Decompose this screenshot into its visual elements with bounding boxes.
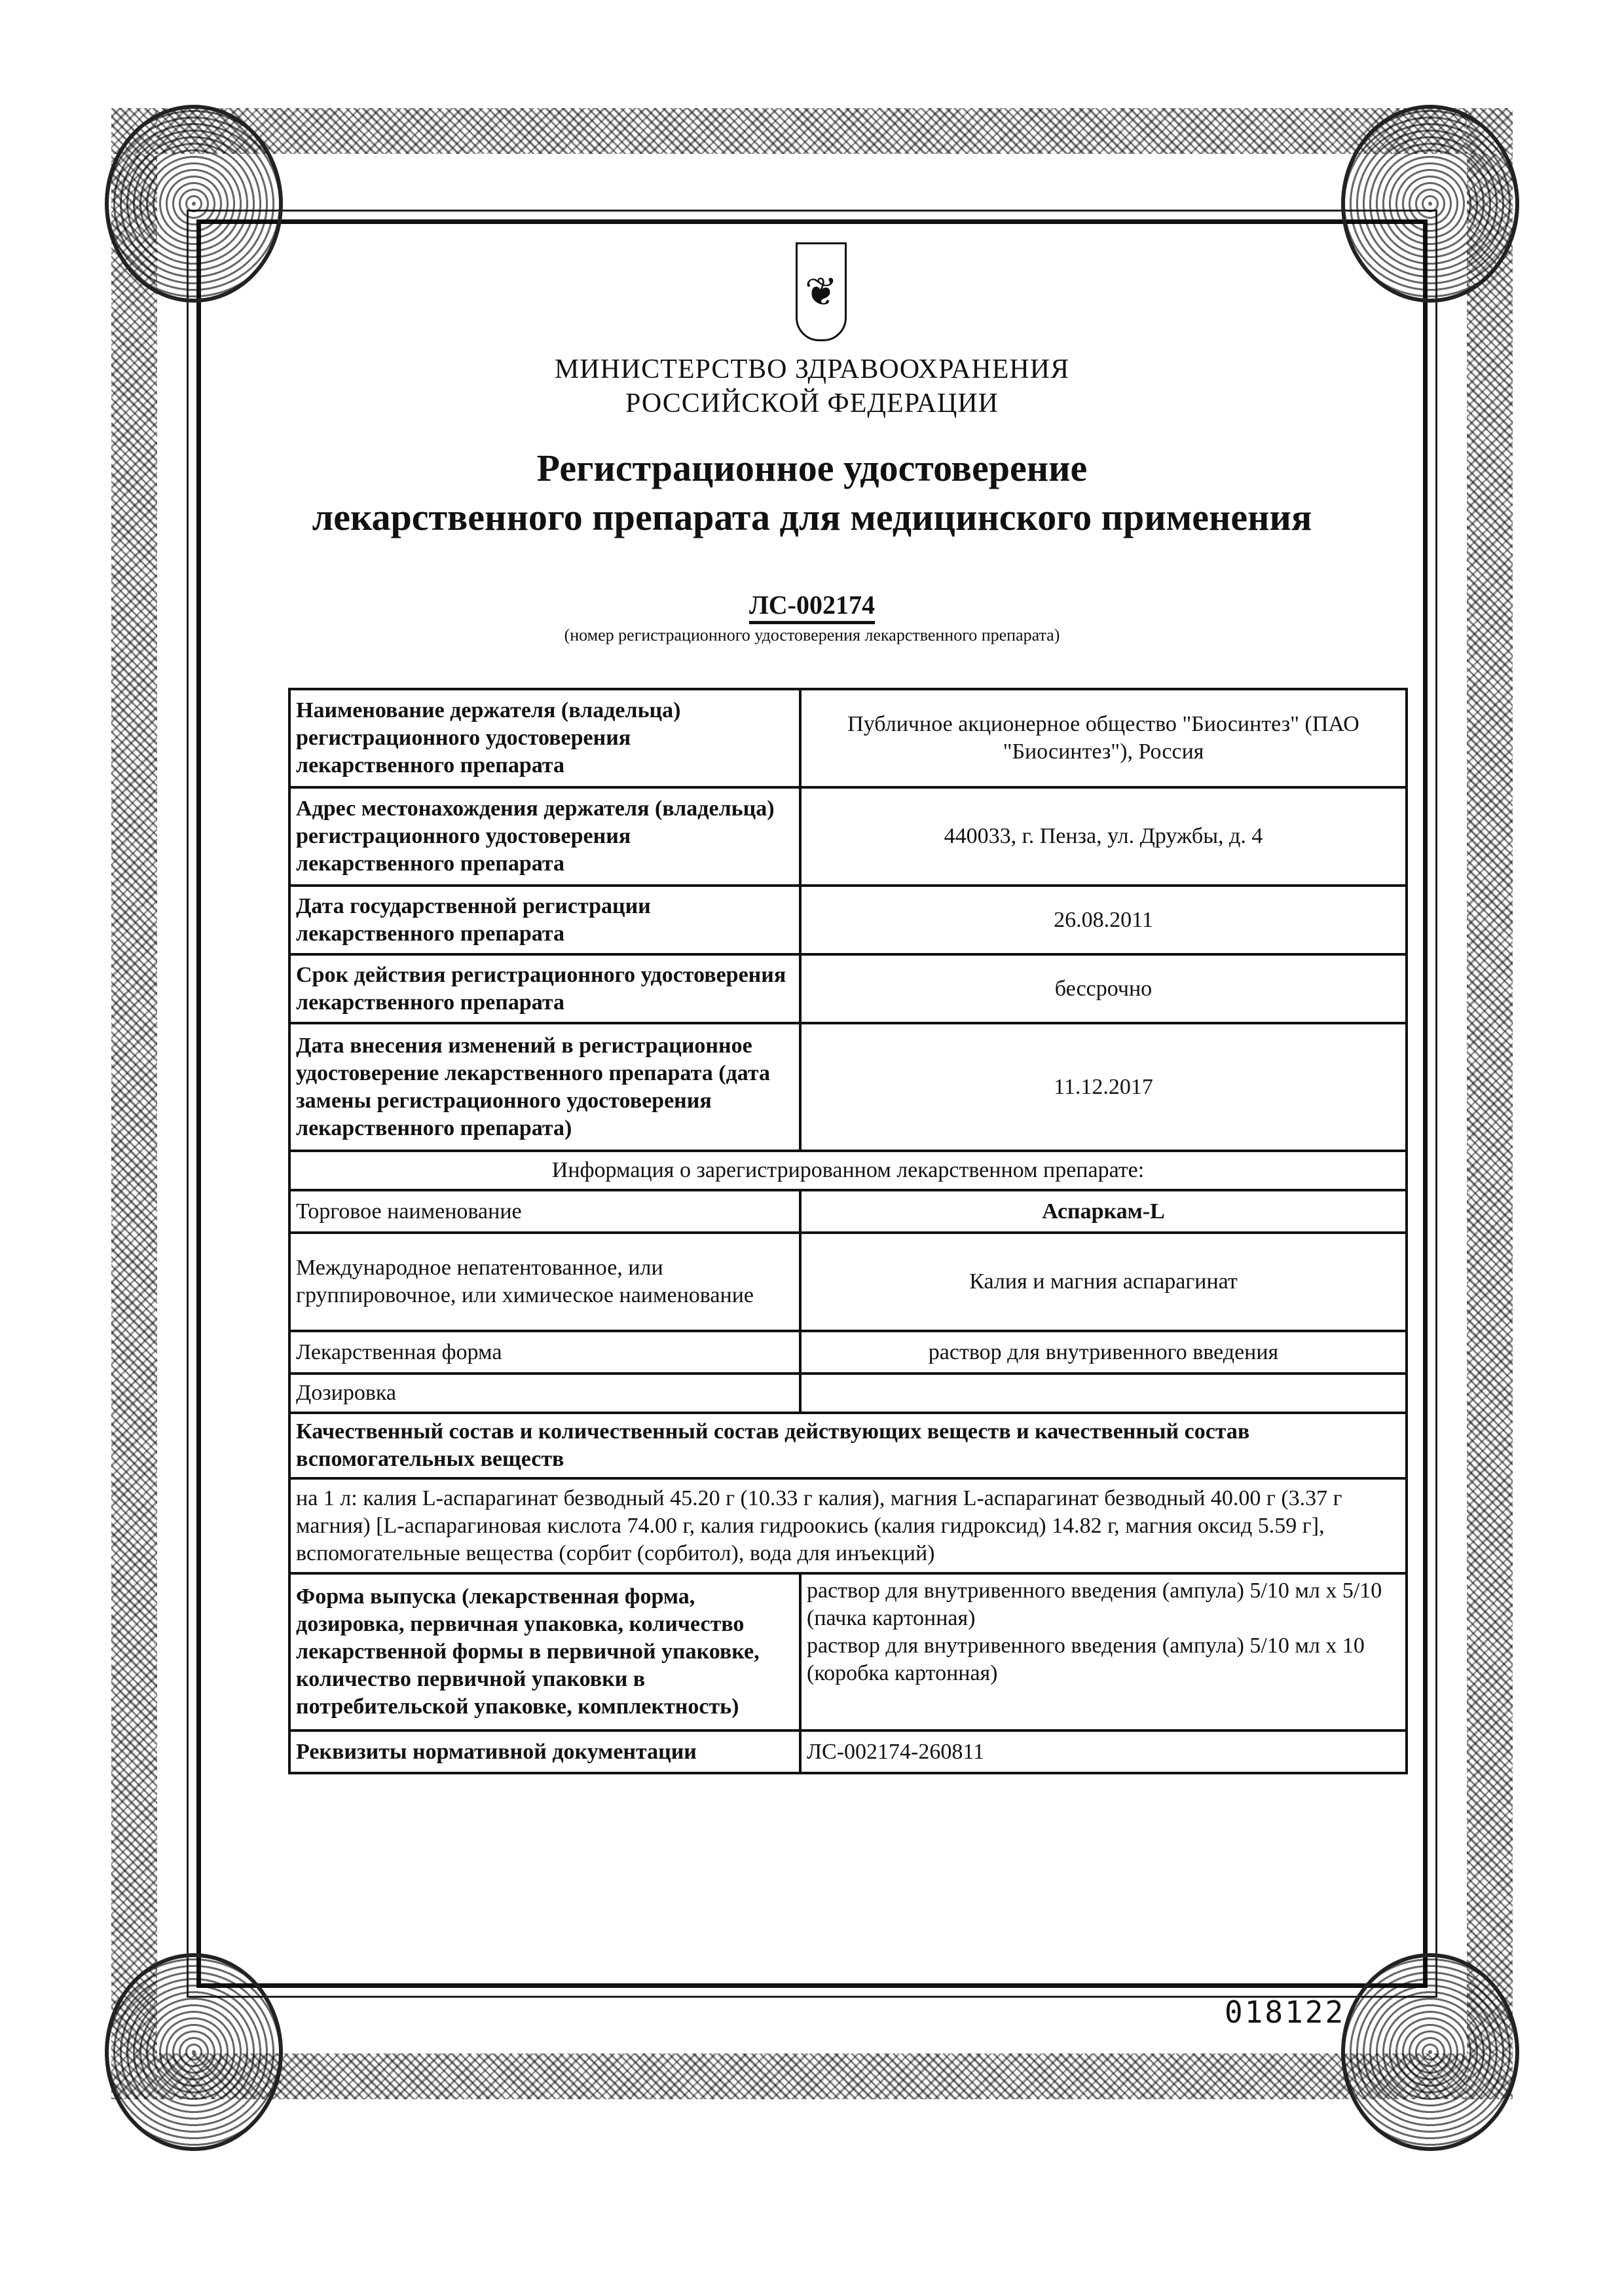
row-label-holder-name: Наименование держателя (владельца) регис… <box>289 689 800 787</box>
row-label-change-date: Дата внесения изменений в регистрационно… <box>289 1023 800 1151</box>
corner-ornament-bottom-left <box>105 1953 283 2151</box>
table-row: на 1 л: калия L-аспарагинат безводный 45… <box>289 1478 1407 1573</box>
table-row: Международное непатентованное, или групп… <box>289 1233 1407 1331</box>
table-row: Информация о зарегистрированном лекарств… <box>289 1151 1407 1190</box>
ministry-name-line2: РОССИЙСКОЙ ФЕДЕРАЦИИ <box>0 388 1624 419</box>
table-row: Форма выпуска (лекарственная форма, дози… <box>289 1573 1407 1730</box>
document-title-line2: лекарственного препарата для медицинског… <box>0 495 1624 540</box>
table-row: Адрес местонахождения держателя (владель… <box>289 787 1407 886</box>
registration-number-caption: (номер регистрационного удостоверения ле… <box>0 626 1624 645</box>
table-row: Срок действия регистрационного удостовер… <box>289 954 1407 1023</box>
corner-ornament-top-right <box>1341 105 1519 303</box>
row-label-trade-name: Торговое наименование <box>289 1190 800 1233</box>
row-label-registration-date: Дата государственной регистрации лекарст… <box>289 886 800 954</box>
table-row: Дата государственной регистрации лекарст… <box>289 886 1407 954</box>
form-serial-number: 018122 <box>1225 1994 1345 2030</box>
table-row: Торговое наименование Аспаркам-L <box>289 1190 1407 1233</box>
row-value-dosage-form: раствор для внутривенного введения <box>800 1331 1407 1374</box>
table-row: Дозировка <box>289 1374 1407 1413</box>
table-row: Наименование держателя (владельца) регис… <box>289 689 1407 787</box>
row-label-dosage: Дозировка <box>289 1374 800 1413</box>
row-label-release-form: Форма выпуска (лекарственная форма, дози… <box>289 1573 800 1730</box>
row-value-trade-name: Аспаркам-L <box>800 1190 1407 1233</box>
row-value-dosage <box>800 1374 1407 1413</box>
row-label-holder-address: Адрес местонахождения держателя (владель… <box>289 787 800 886</box>
registration-number: ЛС-002174 <box>0 589 1624 620</box>
row-value-holder-name: Публичное акционерное общество "Биосинте… <box>800 689 1407 787</box>
row-label-inn: Международное непатентованное, или групп… <box>289 1233 800 1331</box>
row-value-validity: бессрочно <box>800 954 1407 1023</box>
row-value-inn: Калия и магния аспарагинат <box>800 1233 1407 1331</box>
composition-text: на 1 л: калия L-аспарагинат безводный 45… <box>289 1478 1407 1573</box>
certificate-table: Наименование держателя (владельца) регис… <box>288 688 1408 1774</box>
corner-ornament-top-left <box>105 105 283 303</box>
table-row: Лекарственная форма раствор для внутриве… <box>289 1331 1407 1374</box>
row-value-release-form: раствор для внутривенного введения (ампу… <box>800 1573 1407 1730</box>
release-form-option-1: раствор для внутривенного введения (ампу… <box>807 1577 1400 1632</box>
ministry-name-line1: МИНИСТЕРСТВО ЗДРАВООХРАНЕНИЯ <box>0 354 1624 385</box>
row-label-dosage-form: Лекарственная форма <box>289 1331 800 1374</box>
row-value-normative-docs: ЛС-002174-260811 <box>800 1730 1407 1773</box>
table-row: Дата внесения изменений в регистрационно… <box>289 1023 1407 1151</box>
composition-header: Качественный состав и количественный сос… <box>289 1413 1407 1478</box>
coat-of-arms-icon: ❦ <box>796 242 847 341</box>
registration-number-value: ЛС-002174 <box>749 590 875 624</box>
section-header-drug-info: Информация о зарегистрированном лекарств… <box>289 1151 1407 1190</box>
row-value-change-date: 11.12.2017 <box>800 1023 1407 1151</box>
table-row: Реквизиты нормативной документации ЛС-00… <box>289 1730 1407 1773</box>
row-value-holder-address: 440033, г. Пенза, ул. Дружбы, д. 4 <box>800 787 1407 886</box>
row-value-registration-date: 26.08.2011 <box>800 886 1407 954</box>
table-row: Качественный состав и количественный сос… <box>289 1413 1407 1478</box>
row-label-validity: Срок действия регистрационного удостовер… <box>289 954 800 1023</box>
document-title-line1: Регистрационное удостоверение <box>0 445 1624 491</box>
corner-ornament-bottom-right <box>1341 1953 1519 2151</box>
row-label-normative-docs: Реквизиты нормативной документации <box>289 1730 800 1773</box>
release-form-option-2: раствор для внутривенного введения (ампу… <box>807 1632 1400 1687</box>
